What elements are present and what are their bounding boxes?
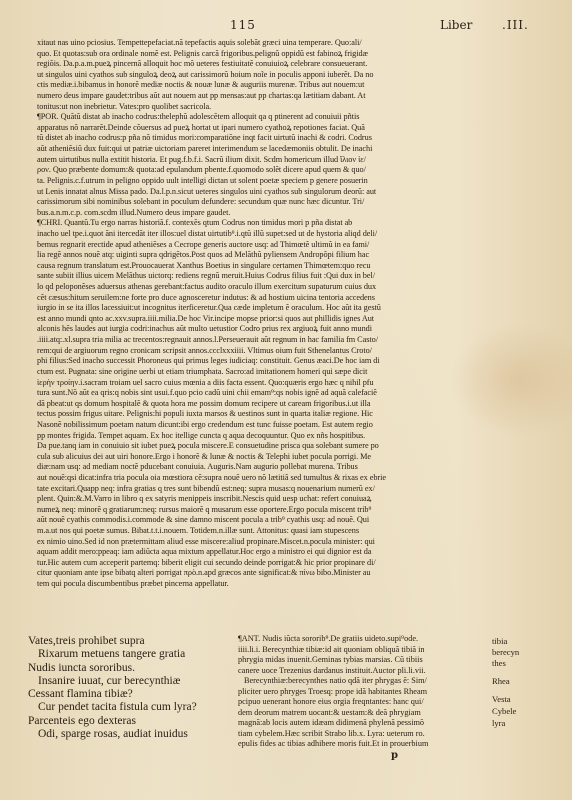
commentary-line: regiõis. Da.p.a.m.pueꝝ pincernã alloquit…: [37, 59, 500, 70]
commentary-lower-line: tiam cybelem.Hæc scribit Strabo lib.x. L…: [238, 729, 460, 740]
commentary-lower-line: canere uoce Trezenius dardanus instituit…: [238, 666, 460, 677]
commentary-line: tate excitari.Quapp neq: infra gratias q…: [37, 484, 500, 495]
commentary-line: lo qd peloponẽses aduersus athenas gereb…: [37, 282, 500, 293]
commentary-line: pp montes frigida. Tempet aquam. Ex hoc …: [37, 431, 500, 442]
commentary-line: aũt nouẽ cyathis commodis.i.commode & si…: [37, 515, 500, 526]
commentary-lower-block: ¶ANT. Nudis iũcta sororib⁹.De gratiis ui…: [238, 634, 460, 750]
verse-line: Cessant flamina tibiæ?: [28, 688, 238, 701]
commentary-line: Nasonẽ nobilissimum poetam natum dicunt:…: [37, 420, 500, 431]
verse-line: Nudis iuncta sororibus.: [28, 662, 238, 675]
commentary-lower-line: pliciter uero phryges Troesq: prope idã …: [238, 687, 460, 698]
commentary-line: tectus possim frigus uitare. Pelignis:hi…: [37, 409, 500, 420]
commentary-line: ρον. Quo præbente domum:& quota:ad epula…: [37, 165, 500, 176]
commentary-lower-line: phrygia midas inuenit.Geminas tybias mar…: [238, 655, 460, 666]
commentary-line: m.a.ut nos qui poetæ sumus. Bibat.t.t.i.…: [37, 526, 500, 537]
marginal-note: thes: [492, 658, 506, 669]
commentary-line: ctis mediæ.i.bibamus in honorẽ mediæ noc…: [37, 80, 500, 91]
commentary-line: ta. Pelignis.c.f.utrum in peligno oppido…: [37, 176, 500, 187]
commentary-lower-line: dem deorum matrem uocant:& uestam:& deã …: [238, 708, 460, 719]
marginal-note: berecyn: [492, 647, 519, 658]
commentary-line: diæ:nam usq: ad mediam noctẽ pducebant c…: [37, 462, 500, 473]
commentary-line: cula sub alicuius dei aut uiri honore.Er…: [37, 452, 500, 463]
commentary-line: tonitus:ut non inebrietur. Vates:pro quo…: [37, 102, 500, 113]
commentary-line: ¶CHRI. Quantũ.Tu ergo narras historiã.f.…: [37, 218, 500, 229]
commentary-line: est anno mundi qnto ac.xxv.supra.iiii.mi…: [37, 314, 500, 325]
commentary-line: cẽt cæsus:hitum seruilem:ne forte pro du…: [37, 293, 500, 304]
verse-line: Insanire iuuat, cur berecynthiæ: [28, 675, 238, 688]
running-title: Liber: [440, 18, 472, 32]
commentary-lower-line: iiii.li.i. Berecynthiæ tibiæ:id ait quon…: [238, 645, 460, 656]
commentary-line: aũt atheniẽsiũ dux fuit:qui ut patriæ ui…: [37, 144, 500, 155]
ode-verse: Vates,treis prohibet supraRixarum metuen…: [28, 635, 238, 741]
marginal-note: tibia: [492, 636, 507, 647]
signature-mark: p: [391, 750, 398, 761]
commentary-line: tem qui pocula discumbentibus præbet pin…: [37, 579, 500, 590]
commentary-lower-line: magnã:ab locis autem idæam didimenã phyl…: [238, 718, 460, 729]
commentary-line: inacho uel tpe.i.quot ãni itercedãt iter…: [37, 229, 500, 240]
book-page: 115 Liber .III. xitaut nas uino pciosius…: [0, 0, 572, 800]
commentary-line: sante subiit illius uicem Melãthus uicto…: [37, 271, 500, 282]
commentary-line: autem uirtutibus nulla extitit historia.…: [37, 155, 500, 166]
commentary-line: tur.Hic autem cum acceperit partemq: bib…: [37, 558, 500, 569]
commentary-line: Da pue.tanq iam in conuiuio sit iubet pu…: [37, 441, 500, 452]
book-number: .III.: [502, 18, 529, 32]
commentary-line: tura sunt.Nõ aũt ea qris:q nobis sint us…: [37, 388, 500, 399]
commentary-line: ἱερὴν τροίην.i.sacram troiam uel sacro c…: [37, 378, 500, 389]
commentary-line: numero deus impare gaudet:tribus aũt aut…: [37, 91, 500, 102]
commentary-line: ut Lenis innatat alnus Missa pado. Da.l.…: [37, 187, 500, 198]
marginal-note: Rhea: [492, 676, 510, 687]
verse-line: Cur pendet tacita fistula cum lyra?: [28, 701, 238, 714]
commentary-line: xitaut nas uino pciosius. Tempettepefaci…: [37, 38, 500, 49]
commentary-line: numeꝝ neq: minorẽ q gratiarum:neq: rursu…: [37, 505, 500, 516]
commentary-lower-line: ¶ANT. Nudis iũcta sororib⁹.De gratiis ui…: [238, 634, 460, 645]
commentary-lower-line: pcipuo uenerant honore eius orgia freqnt…: [238, 697, 460, 708]
marginal-note: Vesta: [492, 694, 511, 705]
commentary-line: phi filius:Sed inacho successit Phoroneu…: [37, 356, 500, 367]
commentary-line: ctum est. Pugnata: sine origine uerbi ut…: [37, 367, 500, 378]
commentary-line: alconis hẽs laudes aut iurgia codri:inac…: [37, 324, 500, 335]
commentary-line: dã pbeat:ut qs domum hospitalẽ & quota h…: [37, 399, 500, 410]
commentary-line: citur quoniam ante ipse bibatq alteri po…: [37, 568, 500, 579]
commentary-line: causa regnum translatum est.Prouocauerat…: [37, 261, 500, 272]
commentary-line: ¶POR. Quãtũ distat ab inacho codrus:thel…: [37, 112, 500, 123]
commentary-line: tũ distet ab inacho codrus:p pña nõ timi…: [37, 133, 500, 144]
verse-line: Rixarum metuens tangere gratia: [28, 648, 238, 661]
verse-line: Odi, sparge rosas, audiat inuidus: [28, 728, 238, 741]
verse-line: Parcenteis ego dexteras: [28, 715, 238, 728]
commentary-line: carissimorum sibi nominibus solebant in …: [37, 197, 500, 208]
commentary-line: apparatus nõ narrarẽt.Deinde cõuersus ad…: [37, 123, 500, 134]
commentary-line: ex nimio uino.Sed id non prætermittam al…: [37, 537, 500, 548]
commentary-line: plent. Quin:&.M.Varro in libro q ex saty…: [37, 494, 500, 505]
commentary-line: ut singulos uini cyathos sub singuloꝝ de…: [37, 70, 500, 81]
commentary-line: lia regẽ annos nouẽ atq: uiginti supra q…: [37, 250, 500, 261]
commentary-lower-line: Berecynthiæ:berecynthes natio qdã iter p…: [238, 676, 460, 687]
commentary-lower-line: epulis fides ac tibias adhibere moris fu…: [238, 739, 460, 750]
commentary-line: aut nouẽ:qsi dicat:infra tria pocula oia…: [37, 473, 500, 484]
page-header: 115 Liber .III.: [0, 18, 572, 38]
commentary-line: bemus regnarit erectide apud atheniẽses …: [37, 240, 500, 251]
folio-number: 115: [230, 18, 256, 32]
commentary-line: .iiii.atq:.xl.supra tria milia ac trecen…: [37, 335, 500, 346]
commentary-line: bus.a.n.m.c.p. com.scdm illud.Numero deu…: [37, 208, 500, 219]
commentary-block: xitaut nas uino pciosius. Tempettepefaci…: [37, 38, 500, 590]
marginal-note: lyra: [492, 718, 505, 729]
commentary-line: rem:qui de argiuorum regno cronicam scri…: [37, 346, 500, 357]
commentary-line: quo. Et quotas:sub ora ordinale nomẽ est…: [37, 49, 500, 60]
marginal-note: Cybele: [492, 706, 516, 717]
verse-line: Vates,treis prohibet supra: [28, 635, 238, 648]
commentary-line: aquam addit mero:ppeaq: iam adiũcta aqua…: [37, 547, 500, 558]
commentary-line: iurgio in se ita illos lacessiuit:ut inc…: [37, 303, 500, 314]
